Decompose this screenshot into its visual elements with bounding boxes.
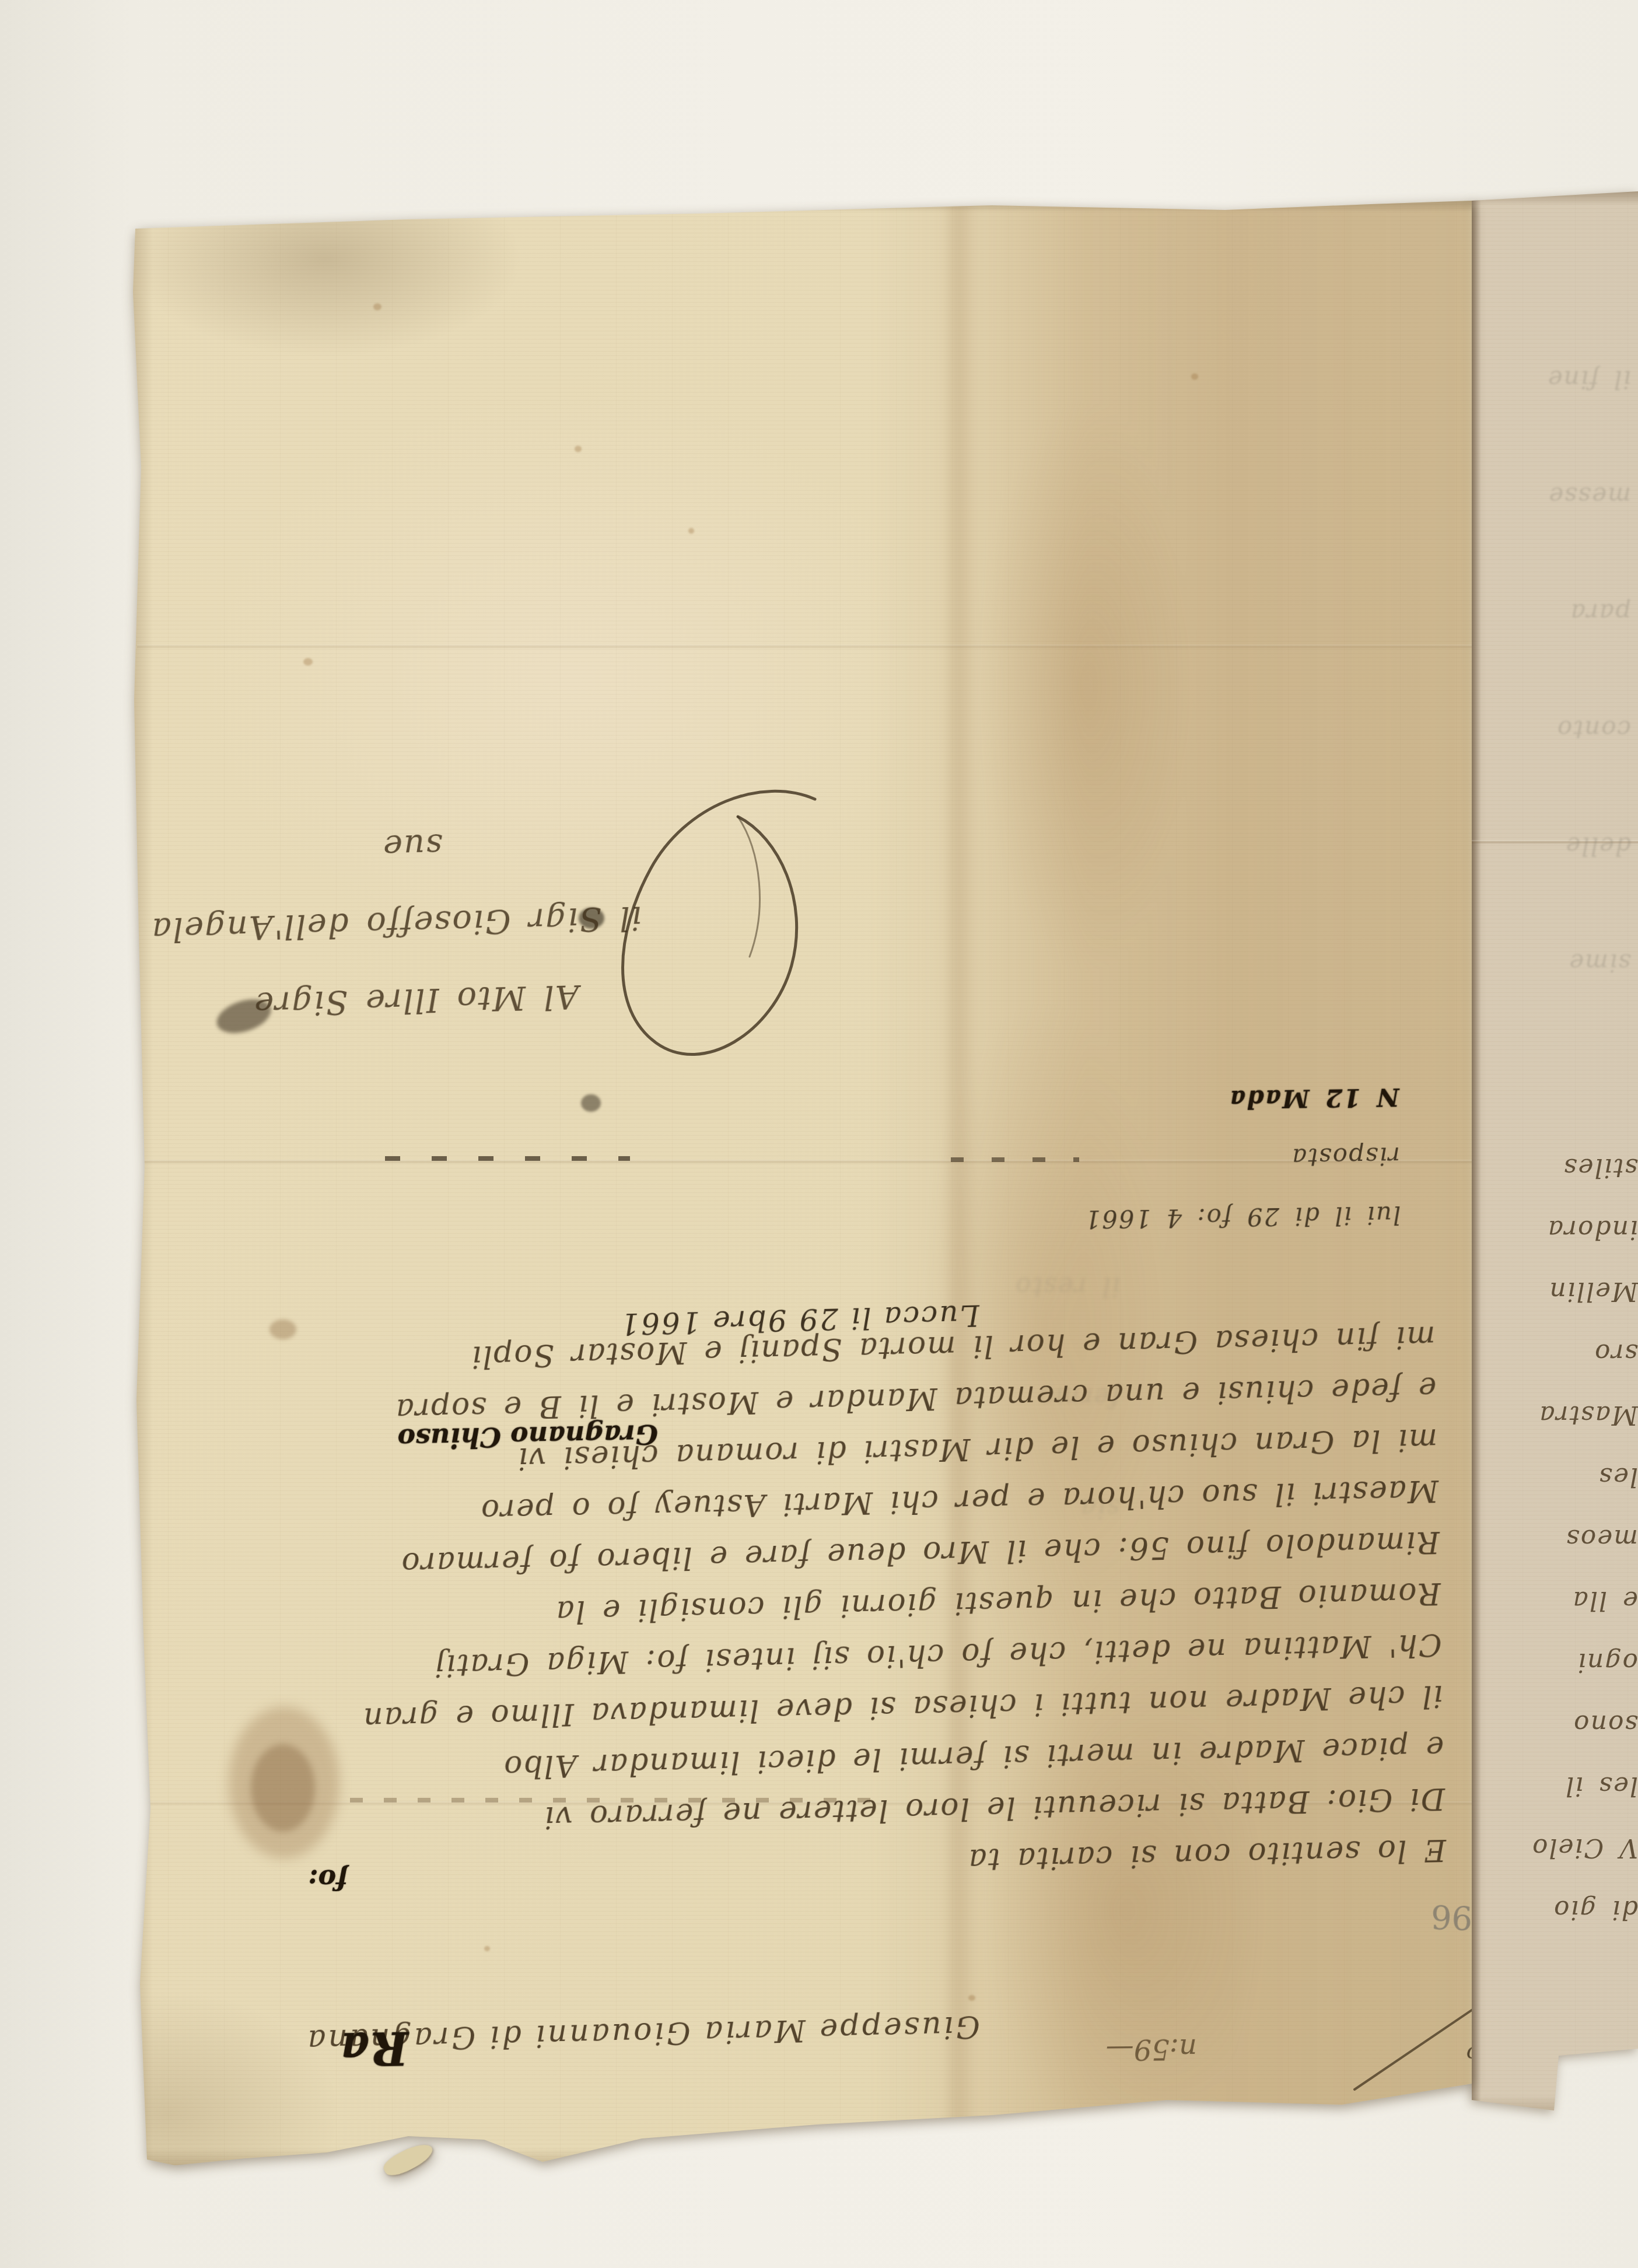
ink-blot <box>581 1094 601 1112</box>
handwritten-line: N 12 Mada <box>991 1067 1399 1132</box>
corner-note: di Maschovs <box>1373 1963 1597 2084</box>
handwritten-line: vs <box>1374 1972 1597 2030</box>
pencil-number: 596 <box>1364 1883 1494 1948</box>
catchword: fo: <box>260 1855 348 1904</box>
address-block: Al Mto Illre Sigreil Sigr Gioseffo dell'… <box>184 800 645 1044</box>
paraph-mark: Ra <box>303 2003 409 2092</box>
handwritten-line: il Sigr Gioseffo dell'Angela <box>186 878 643 967</box>
pen-flourish-swash <box>586 782 843 1073</box>
fold-crease <box>137 645 1472 649</box>
handwritten-line: sue <box>184 802 640 890</box>
folio-number: n:59— <box>1062 2017 1197 2082</box>
main-leaf-wrap: siafermoil resto Al Mto Illre Sigreil Si… <box>0 0 1638 2268</box>
main-text-block: E lo sentito con si carita taDi Gio: Bat… <box>157 1308 1447 1902</box>
manuscript-scan: simedellecontoparamesseil fine di gioV C… <box>0 0 1638 2268</box>
overwritten-heavy-word: Gragnano Chiuso <box>436 1412 658 1461</box>
torn-paper-fiber <box>380 2138 436 2180</box>
fox-spot <box>688 528 694 534</box>
fox-spot <box>1191 373 1198 380</box>
ink-stitch-marks <box>385 1156 630 1161</box>
fox-spot <box>575 446 582 452</box>
fox-spot <box>484 1946 490 1951</box>
handwritten-line: Al Mto Illre Sigre <box>188 956 645 1044</box>
paper-main-leaf: siafermoil resto Al Mto Illre Sigreil Si… <box>0 0 1638 2268</box>
fox-spot <box>303 658 313 666</box>
docket-annotation: lui il di 29 fo: 4 1661rispostaN 12 Mada <box>991 1063 1401 1250</box>
handwritten-line: risposta <box>991 1126 1400 1191</box>
handwritten-line: lui il di 29 fo: 4 1661 <box>992 1185 1401 1250</box>
fox-spot <box>373 303 381 310</box>
handwritten-line: di Mascho <box>1374 2026 1597 2084</box>
